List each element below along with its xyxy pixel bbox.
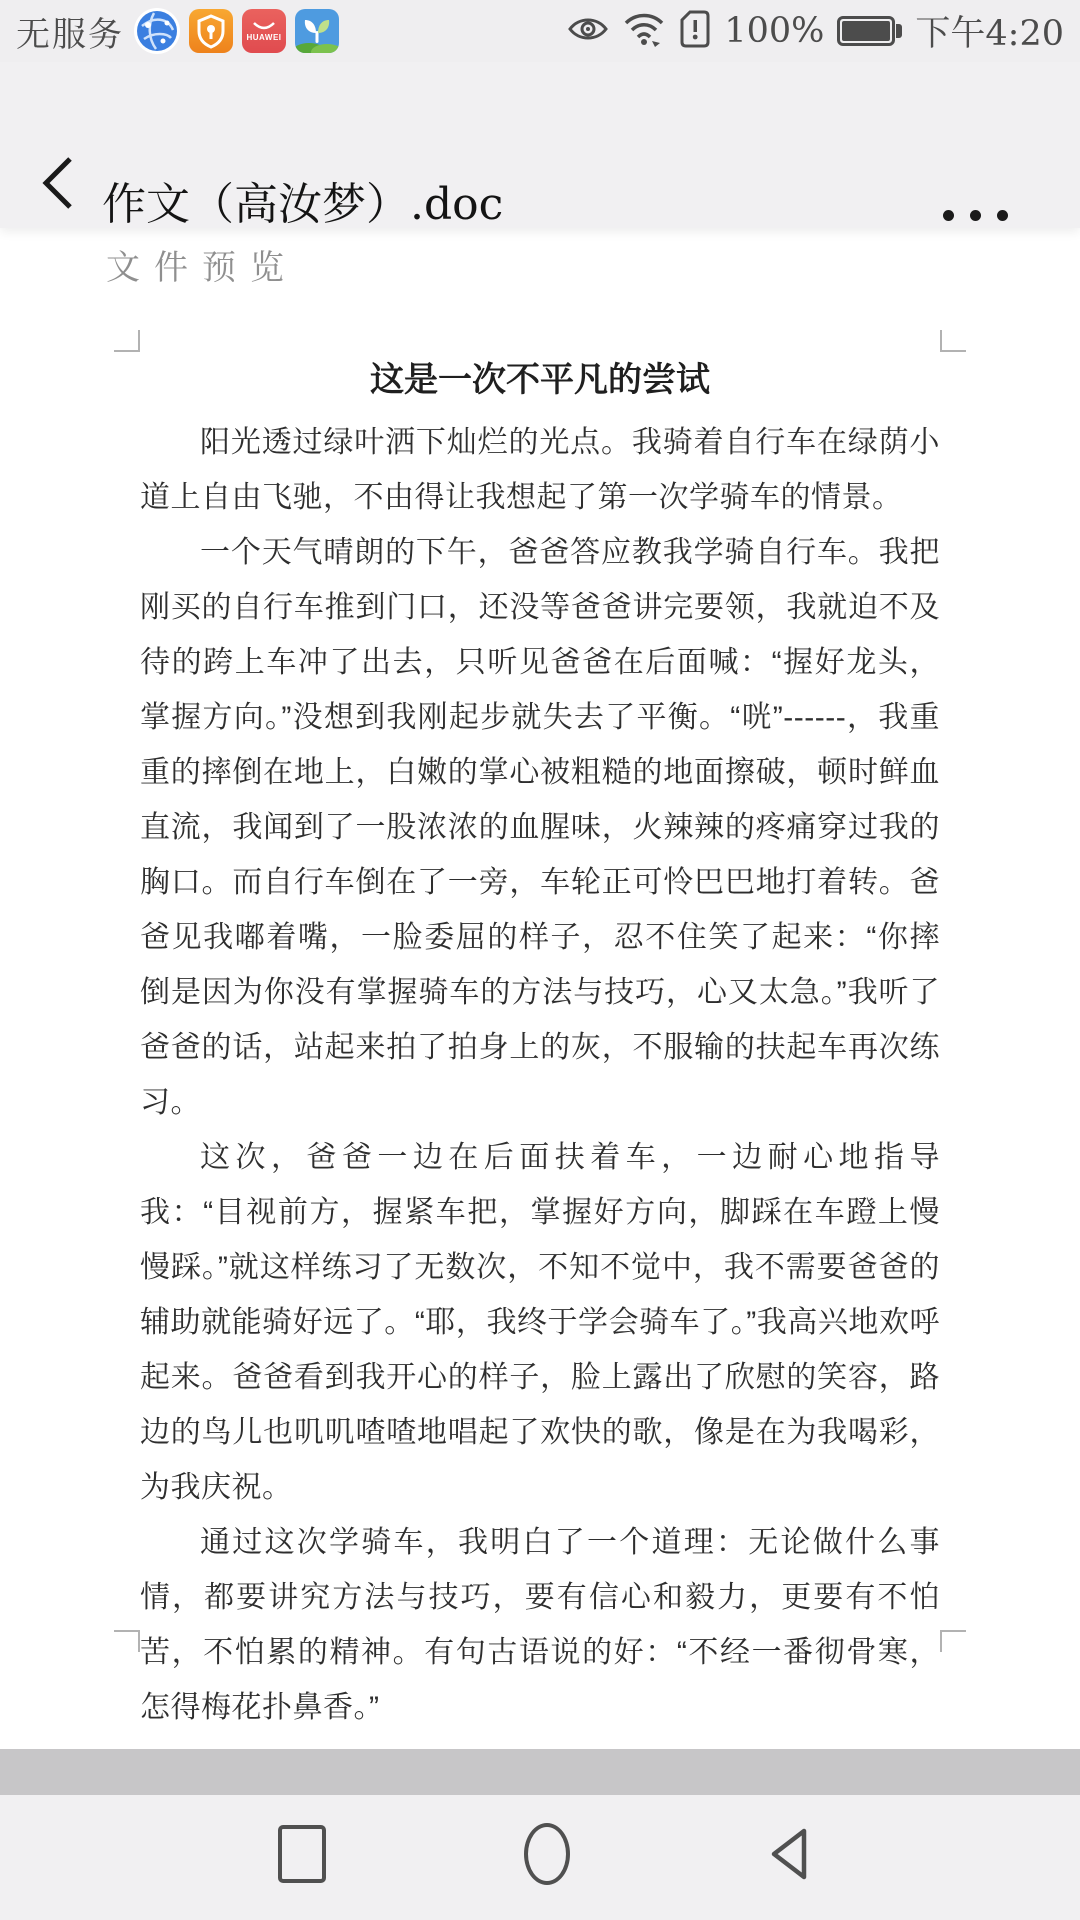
preview-header: 作文（高汝梦）.doc 文件预览 xyxy=(0,62,1080,228)
more-dots-icon xyxy=(970,210,981,221)
more-dots-icon xyxy=(997,210,1008,221)
sim-alert-icon xyxy=(679,9,711,54)
more-menu-button[interactable] xyxy=(933,200,1018,231)
essay-title: 这是一次不平凡的尝试 xyxy=(140,357,940,403)
more-dots-icon xyxy=(943,210,954,221)
page-corner-mark xyxy=(940,330,966,352)
page-corner-mark xyxy=(940,1630,966,1652)
battery-percent-label: 100% xyxy=(724,11,824,51)
page-corner-mark xyxy=(114,1630,140,1652)
essay-paragraph: 阳光透过绿叶洒下灿烂的光点。我骑着自行车在绿荫小道上自由飞驰，不由得让我想起了第… xyxy=(140,415,940,525)
essay-paragraph: 通过这次学骑车，我明白了一个道理：无论做什么事情，都要讲究方法与技巧，要有信心和… xyxy=(140,1515,940,1735)
recents-square-icon[interactable] xyxy=(278,1825,326,1883)
huawei-app-label: HUAWEI xyxy=(247,33,282,42)
notification-icons: HUAWEI xyxy=(134,8,339,54)
status-bar: 无服务 HUAWEI xyxy=(0,0,1080,62)
home-circle-icon[interactable] xyxy=(524,1823,570,1885)
shield-app-icon xyxy=(189,9,233,53)
android-nav-bar xyxy=(0,1795,1080,1920)
file-title: 作文（高汝梦）.doc xyxy=(102,168,503,232)
huawei-app-icon: HUAWEI xyxy=(242,9,286,53)
document-page[interactable]: 这是一次不平凡的尝试 阳光透过绿叶洒下灿烂的光点。我骑着自行车在绿荫小道上自由飞… xyxy=(0,228,1080,1749)
back-button[interactable] xyxy=(38,154,78,212)
document-text: 这是一次不平凡的尝试 阳光透过绿叶洒下灿烂的光点。我骑着自行车在绿荫小道上自由飞… xyxy=(140,357,940,1735)
essay-paragraph: 这次，爸爸一边在后面扶着车，一边耐心地指导我：“目视前方，握紧车把，掌握好方向，… xyxy=(140,1130,940,1515)
sprout-app-icon xyxy=(295,9,339,53)
clock-label: 下午4:20 xyxy=(915,6,1064,56)
carrier-label: 无服务 xyxy=(16,7,124,56)
back-triangle-icon[interactable] xyxy=(764,1823,812,1890)
page-end-divider xyxy=(0,1749,1080,1795)
status-indicators: 100% 下午4:20 xyxy=(567,6,1064,56)
battery-icon xyxy=(837,16,902,46)
eye-comfort-icon xyxy=(567,14,609,49)
wifi-icon xyxy=(622,11,666,52)
globe-icon xyxy=(134,8,180,54)
page-corner-mark xyxy=(114,330,140,352)
chevron-left-icon xyxy=(38,154,78,212)
essay-paragraph: 一个天气晴朗的下午，爸爸答应教我学骑自行车。我把刚买的自行车推到门口，还没等爸爸… xyxy=(140,525,940,1130)
file-preview-label: 文件预览 xyxy=(106,240,298,289)
